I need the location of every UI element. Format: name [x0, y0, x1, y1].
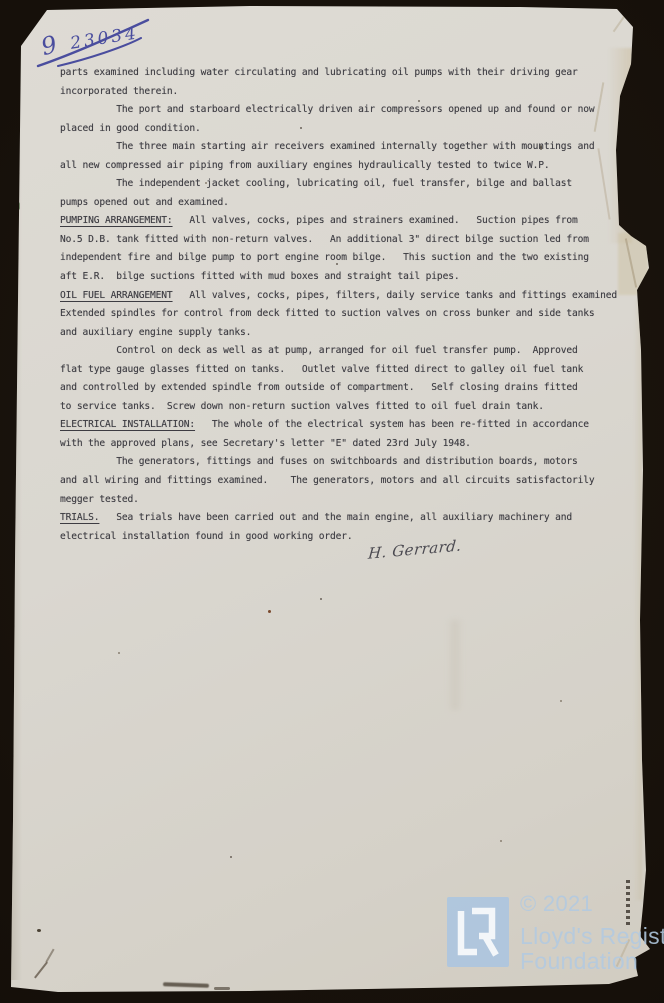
document-line: megger tested. — [60, 491, 620, 510]
speck — [268, 610, 271, 613]
document-text: parts examined including water circulati… — [60, 64, 620, 546]
section-heading: PUMPING ARRANGEMENT: — [60, 215, 173, 226]
faint-stain — [450, 620, 460, 710]
document-line: to service tanks. Screw down non-return … — [60, 398, 620, 417]
document-line: parts examined including water circulati… — [60, 64, 620, 83]
document-line: electrical installation found in good wo… — [60, 528, 620, 547]
document-line: OIL FUEL ARRANGEMENT All valves, cocks, … — [60, 287, 620, 306]
document-line: incorporated therein. — [60, 83, 620, 102]
document-line: placed in good condition. — [60, 120, 620, 139]
paper-tear-tab — [618, 233, 648, 295]
document-line: No.5 D.B. tank fitted with non-return va… — [60, 231, 620, 250]
smudge-bottom-edge-1 — [163, 982, 209, 988]
document-line: all new compressed air piping from auxil… — [60, 157, 620, 176]
paper-edge-shading-left — [11, 40, 22, 980]
smudge-bottom-edge-2 — [214, 987, 230, 990]
speck — [230, 856, 232, 858]
smudge-bottom-left-1 — [34, 962, 48, 979]
speck — [320, 598, 322, 600]
speck — [560, 700, 562, 702]
document-line: and auxiliary engine supply tanks. — [60, 324, 620, 343]
file-number: 23034 — [68, 23, 140, 54]
document-line: aft E.R. bilge suctions fitted with mud … — [60, 268, 620, 287]
fold-crease-top-right — [613, 10, 630, 32]
edge-marking — [626, 880, 630, 928]
document-line: with the approved plans, see Secretary's… — [60, 435, 620, 454]
document-line: Extended spindles for control from deck … — [60, 305, 620, 324]
smudge-bottom-left-2 — [45, 949, 54, 963]
document-line: flat type gauge glasses fitted on tanks.… — [60, 361, 620, 380]
document-line: Control on deck as well as at pump, arra… — [60, 342, 620, 361]
document-line: and controlled by extended spindle from … — [60, 379, 620, 398]
document-line: The independent jacket cooling, lubricat… — [60, 175, 620, 194]
document-line: and all wiring and fittings examined. Th… — [60, 472, 620, 491]
green-fleck — [16, 202, 20, 210]
scanned-document-page: 9 23034 parts examined including water c… — [0, 0, 664, 1003]
speck — [118, 652, 120, 654]
document-line: ELECTRICAL INSTALLATION: The whole of th… — [60, 416, 620, 435]
speck — [37, 929, 41, 932]
fold-crease-bottom-right — [616, 939, 630, 967]
paper-sheet: 9 23034 parts examined including water c… — [0, 0, 664, 1003]
document-line: pumps opened out and examined. — [60, 194, 620, 213]
document-line: The three main starting air receivers ex… — [60, 138, 620, 157]
speck — [500, 840, 502, 842]
section-heading: TRIALS. — [60, 512, 99, 523]
paper-edge-shading-right — [634, 300, 642, 900]
file-number-prefix: 9 — [38, 30, 60, 61]
document-line: The port and starboard electrically driv… — [60, 101, 620, 120]
section-heading: ELECTRICAL INSTALLATION: — [60, 419, 195, 430]
document-line: TRIALS. Sea trials have been carried out… — [60, 509, 620, 528]
document-line: independent fire and bilge pump to port … — [60, 249, 620, 268]
document-line: The generators, fittings and fuses on sw… — [60, 453, 620, 472]
document-line: PUMPING ARRANGEMENT: All valves, cocks, … — [60, 212, 620, 231]
section-heading: OIL FUEL ARRANGEMENT — [60, 290, 173, 301]
